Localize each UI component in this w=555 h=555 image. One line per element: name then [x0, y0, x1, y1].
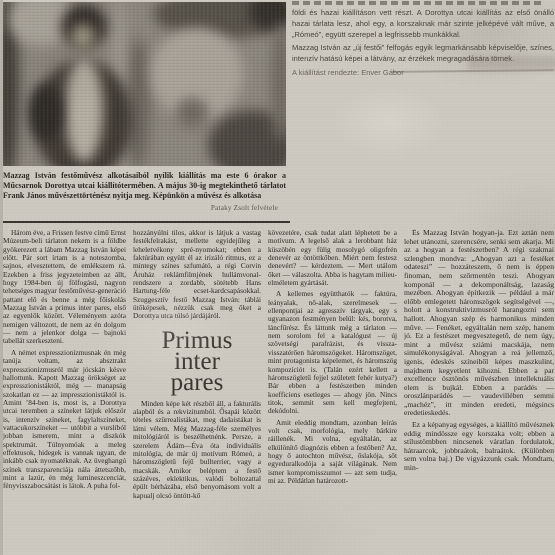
paragraph: A német expresszionizmusnak én még tanúj… [3, 349, 126, 491]
caption-divider-rule [0, 221, 290, 223]
photo-caption-text: Mazzag István festőművész alkotásaiból n… [3, 171, 286, 200]
article-body: Három éve, a Frissen festve című Ernst M… [3, 229, 554, 555]
artist-photo [3, 2, 286, 166]
intro-paragraph-1: földi és hazai kiállításon vett részt. A… [292, 8, 554, 40]
paragraph: Amit eleddig mondtam, azonban leírás vol… [268, 419, 397, 486]
paragraph: És Mazzag István hogyan-ja. Ezt aztán ne… [404, 229, 554, 418]
article-column-1: Három éve, a Frissen festve című Ernst M… [3, 229, 126, 555]
article-column-3: kövezetére, csak tudat alatt léphetett b… [268, 229, 397, 555]
article-column-4: És Mazzag István hogyan-ja. Ezt aztán ne… [404, 229, 554, 555]
paragraph: Három éve, a Frissen festve című Ernst M… [3, 229, 126, 346]
paragraph: hozzányúlni tilos, akkor is látjuk a vas… [133, 229, 261, 321]
clipped-line-smear [292, 1, 544, 5]
photo-grain-overlay [3, 2, 286, 166]
scan-torn-edge [0, 0, 3, 555]
paragraph: Minden képe két részből áll, a fakturáli… [133, 400, 261, 500]
article-heading: Primus inter pares [133, 330, 261, 393]
paragraph: kövezetére, csak tudat alatt léphetett b… [268, 229, 397, 287]
photo-credit: Pataky Zsolt felvétele [3, 203, 286, 213]
article-column-2: hozzányúlni tilos, akkor is látjuk a vas… [133, 229, 261, 555]
paragraph: A kellemes együtthatók — faktúra, leánya… [268, 290, 397, 415]
paragraph: Ez a képanyag egységes, a kiállító művés… [404, 421, 554, 473]
photo-caption: Mazzag István festőművész alkotásaiból n… [3, 171, 286, 213]
scan-stain [468, 56, 555, 70]
